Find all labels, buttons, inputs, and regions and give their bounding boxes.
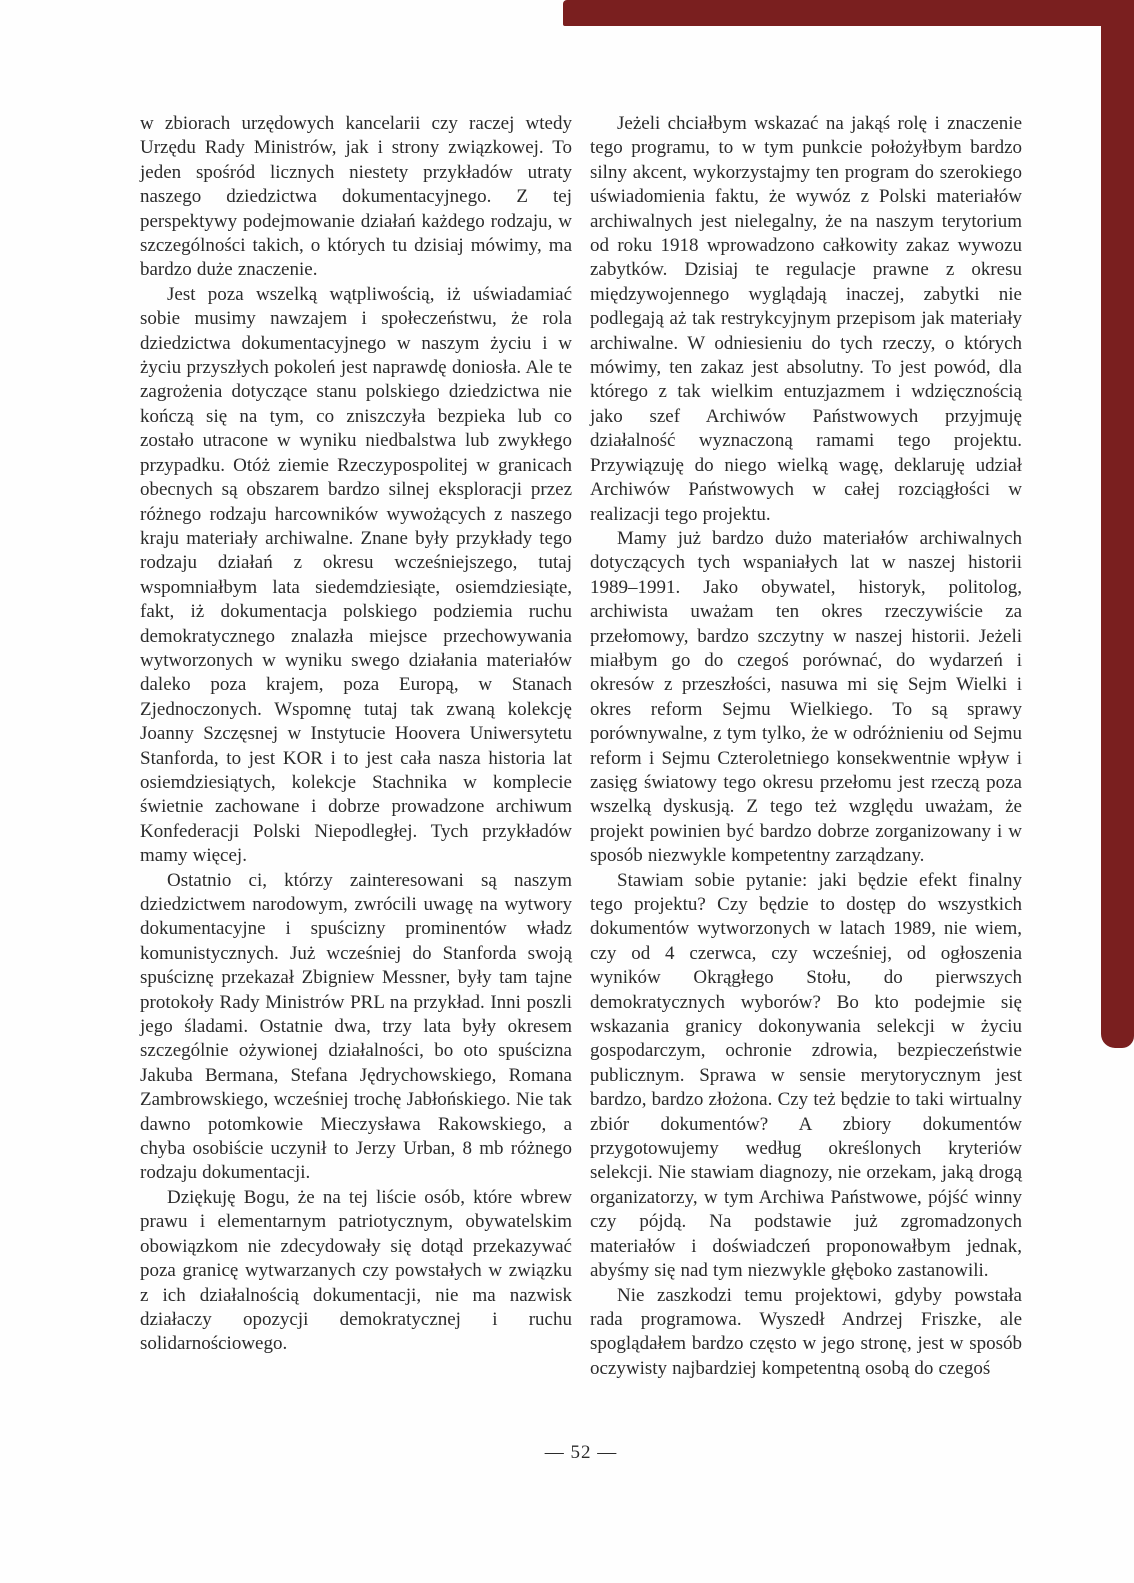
text-column-left: w zbiorach urzędowych kancelarii czy rac…	[140, 112, 572, 1381]
paragraph: Ostatnio ci, którzy zainteresowani są na…	[140, 869, 572, 1186]
paragraph: w zbiorach urzędowych kancelarii czy rac…	[140, 112, 572, 283]
paragraph: Jest poza wszelką wątpliwością, iż uświa…	[140, 283, 572, 869]
scan-edge-artifact-top	[563, 0, 1134, 26]
page-number: — 52 —	[140, 1442, 1022, 1464]
text-column-right: Jeżeli chciałbym wskazać na jakąś rolę i…	[590, 112, 1022, 1381]
paragraph: Nie zaszkodzi temu projektowi, gdyby pow…	[590, 1284, 1022, 1382]
scan-edge-artifact-right	[1101, 0, 1134, 1048]
scanned-book-page: { "page": { "colors": { "edge_artifact":…	[0, 0, 1134, 1583]
paragraph: Mamy już bardzo dużo materiałów archiwal…	[590, 527, 1022, 869]
paragraph: Stawiam sobie pytanie: jaki będzie efekt…	[590, 869, 1022, 1284]
two-column-text-block: w zbiorach urzędowych kancelarii czy rac…	[140, 112, 1022, 1381]
paragraph: Dziękuję Bogu, że na tej liście osób, kt…	[140, 1186, 572, 1357]
paragraph: Jeżeli chciałbym wskazać na jakąś rolę i…	[590, 112, 1022, 527]
